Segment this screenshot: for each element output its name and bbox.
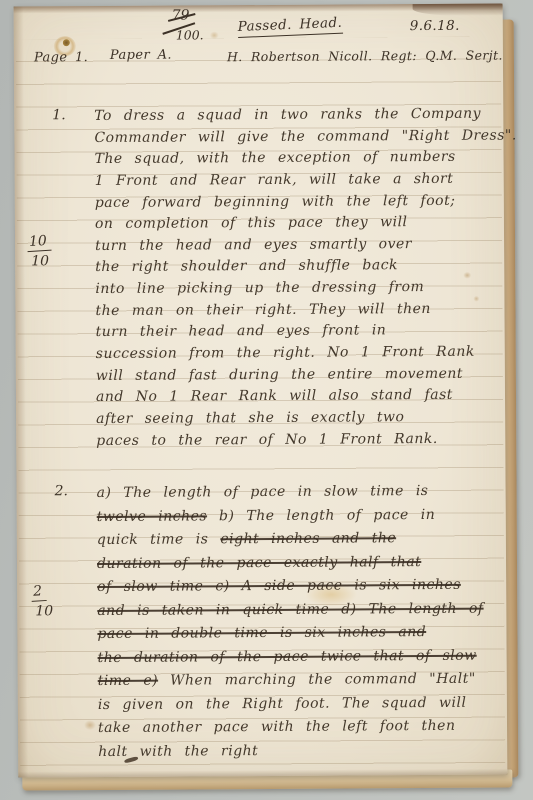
answer-line: will stand fast during the entire moveme…	[96, 363, 500, 387]
answer-line: 1 Front and Rear rank, will take a short	[95, 168, 499, 192]
candidate-name: H. Robertson Nicoll. Regt: Q.M. Serjt.	[227, 48, 503, 65]
answer-line: on completion of this pace they will	[95, 212, 499, 236]
answer-line: after seeing that she is exactly two	[96, 407, 500, 431]
score-numerator: 79	[172, 7, 190, 23]
answer-line: Commander will give the command "Right D…	[94, 125, 498, 149]
page-number-label: Page 1.	[34, 50, 88, 65]
page-top-edge	[14, 4, 503, 14]
answer-line: take another pace with the left foot the…	[98, 715, 502, 741]
answer-number: 1.	[52, 107, 65, 123]
answer-line: is given on the Right foot. The squad wi…	[98, 691, 502, 717]
answer-line: To dress a squad in two ranks the Compan…	[94, 104, 498, 128]
answer-line: time e) When marching the command "Halt"	[98, 668, 502, 694]
margin-mark-q1: 10 10	[27, 233, 51, 269]
answer-line: and is taken in quick time d) The length…	[97, 597, 501, 623]
answer-line: the right shoulder and shuffle back	[95, 255, 499, 279]
mark-denominator: 10	[27, 251, 51, 269]
answer-line: The squad, with the exception of numbers	[94, 147, 498, 171]
mark-numerator: 2	[31, 583, 47, 602]
answer-line: quick time is eight inches and the	[97, 527, 501, 553]
score-fraction: 79 100.	[154, 7, 224, 53]
answer-line: duration of the pace exactly half that	[97, 550, 501, 576]
answer-lines: To dress a squad in two ranks the Compan…	[94, 104, 500, 453]
fox-spot	[84, 720, 96, 730]
page-top-right-stain	[413, 4, 503, 17]
stain-dot	[63, 39, 70, 46]
answer-line: pace in double time is six inches and	[97, 621, 501, 647]
manuscript-page: Page 1. Paper A. 79 100. Passed. Head. 9…	[14, 4, 508, 778]
notebook-photo: Page 1. Paper A. 79 100. Passed. Head. 9…	[14, 3, 519, 790]
answer-line: twelve inches b) The length of pace in	[97, 503, 501, 529]
mark-denominator: 10	[31, 601, 53, 619]
answer-2: 2. a) The length of pace in slow time is…	[97, 480, 503, 764]
score-denominator: 100.	[176, 27, 204, 42]
answer-line: and No 1 Rear Rank will also stand fast	[96, 385, 500, 409]
mark-numerator: 10	[27, 233, 52, 252]
answer-line: halt with the right	[98, 738, 502, 764]
binding-shadow	[14, 6, 29, 777]
margin-mark-q2: 2 10	[31, 583, 53, 619]
answer-line: succession from the right. No 1 Front Ra…	[96, 342, 500, 366]
answer-line: turn the head and eyes smartly over	[95, 233, 499, 257]
exam-date: 9.6.18.	[410, 18, 460, 34]
answer-line: into line picking up the dressing from	[95, 277, 499, 301]
answer-line: turn their head and eyes front in	[96, 320, 500, 344]
answer-1: 1. To dress a squad in two ranks the Com…	[94, 104, 500, 453]
passed-annotation: Passed. Head.	[237, 15, 342, 38]
answer-line: pace forward beginning with the left foo…	[95, 190, 499, 214]
answer-number: 2.	[55, 483, 68, 499]
answer-lines: a) The length of pace in slow time istwe…	[97, 480, 503, 764]
answer-line: the man on their right. They will then	[95, 298, 499, 322]
answer-line: a) The length of pace in slow time is	[97, 480, 501, 506]
answer-line: paces to the rear of No 1 Front Rank.	[96, 428, 500, 452]
answer-line: the duration of the pace twice that of s…	[98, 644, 502, 670]
answer-line: of slow time c) A side pace is six inche…	[97, 574, 501, 600]
